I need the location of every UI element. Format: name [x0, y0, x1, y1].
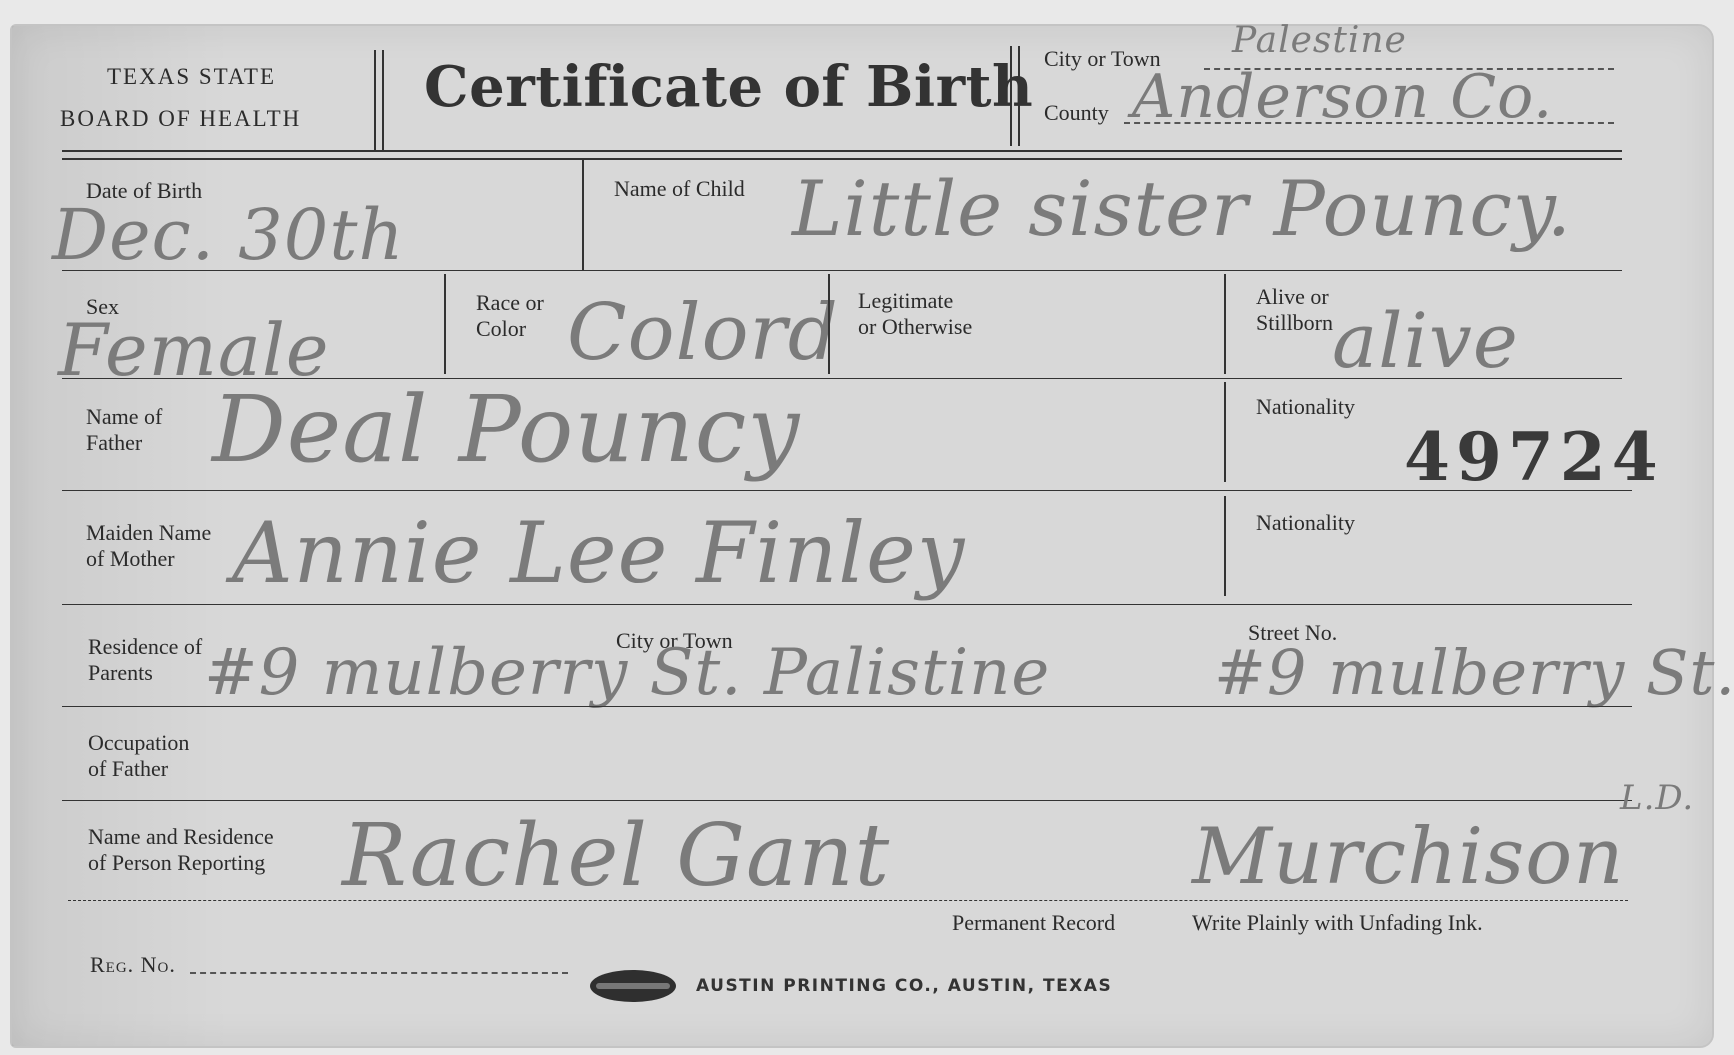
birth-certificate-card: TEXAS STATE BOARD OF HEALTH Certificate …	[10, 24, 1714, 1048]
row-rule	[62, 490, 1632, 491]
divider	[382, 50, 384, 150]
divider	[1224, 382, 1226, 482]
residence-value: #9 mulberry St. Palistine	[204, 636, 1050, 710]
divider	[374, 50, 376, 150]
row-rule	[62, 800, 1632, 801]
stamped-registration-number: 49724	[1404, 418, 1664, 496]
header-rule	[62, 150, 1622, 152]
legitimate-label: Legitimate or Otherwise	[858, 288, 972, 340]
mother-label: Maiden Name of Mother	[86, 520, 211, 572]
divider	[1224, 274, 1226, 374]
race-value: Colord	[567, 288, 839, 378]
divider	[1018, 46, 1020, 146]
dob-value: Dec. 30th	[52, 194, 405, 276]
row-rule	[68, 900, 1628, 901]
divider	[828, 274, 830, 374]
union-label-seal-icon	[590, 970, 676, 1002]
reg-no-label: Reg. No.	[90, 952, 176, 978]
row-rule	[62, 706, 1632, 707]
header-rule	[62, 158, 1622, 160]
reporter-label: Name and Residence of Person Reporting	[88, 824, 274, 876]
alive-value: alive	[1332, 296, 1519, 385]
county-value: Anderson Co.	[1132, 62, 1553, 132]
certificate-title: Certificate of Birth	[424, 54, 1033, 120]
issuer-line-2: BOARD OF HEALTH	[60, 106, 301, 132]
father-value: Deal Pouncy	[212, 376, 800, 483]
father-label: Name of Father	[86, 404, 162, 456]
row-rule	[62, 270, 1622, 271]
residence-label: Residence of Parents	[88, 634, 202, 686]
issuer-line-1: TEXAS STATE	[107, 64, 276, 90]
row-rule	[62, 604, 1632, 605]
ink-instruction: Write Plainly with Unfading Ink.	[1192, 910, 1483, 936]
printer-imprint: AUSTIN PRINTING CO., AUSTIN, TEXAS	[696, 976, 1112, 996]
alive-label: Alive or Stillborn	[1256, 284, 1333, 336]
divider	[1224, 496, 1226, 596]
mother-value: Annie Lee Finley	[232, 504, 965, 602]
mother-nationality-label: Nationality	[1256, 510, 1355, 536]
child-name-value: Little sister Pouncy.	[792, 164, 1572, 253]
father-nationality-label: Nationality	[1256, 394, 1355, 420]
reporter-extra: L.D.	[1620, 778, 1694, 818]
divider	[1010, 46, 1012, 146]
city-value: Palestine	[1232, 20, 1407, 61]
race-label: Race or Color	[476, 290, 544, 342]
reg-no-field	[190, 972, 568, 974]
divider	[444, 274, 446, 374]
reporter-residence: Murchison	[1192, 812, 1624, 902]
occupation-label: Occupation of Father	[88, 730, 189, 782]
county-label: County	[1044, 100, 1109, 126]
reporter-name: Rachel Gant	[342, 806, 890, 906]
child-name-label: Name of Child	[614, 176, 745, 202]
divider	[582, 160, 584, 270]
street-value: #9 mulberry St.	[1214, 636, 1734, 709]
permanent-record-note: Permanent Record	[952, 910, 1115, 936]
